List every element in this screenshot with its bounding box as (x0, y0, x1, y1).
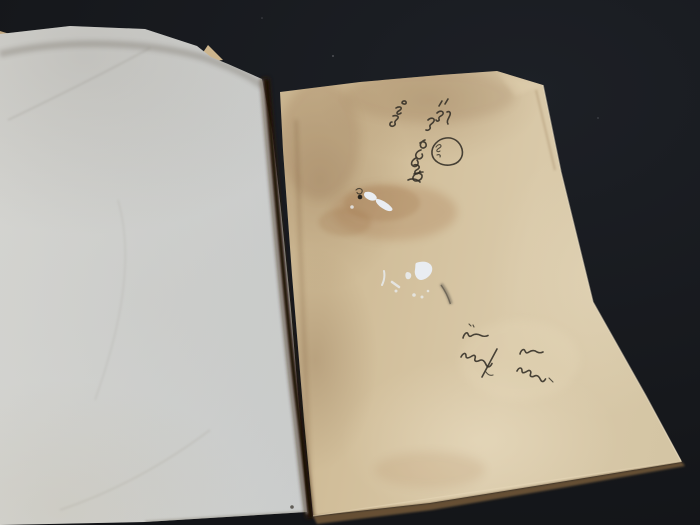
book-photo (0, 0, 700, 525)
